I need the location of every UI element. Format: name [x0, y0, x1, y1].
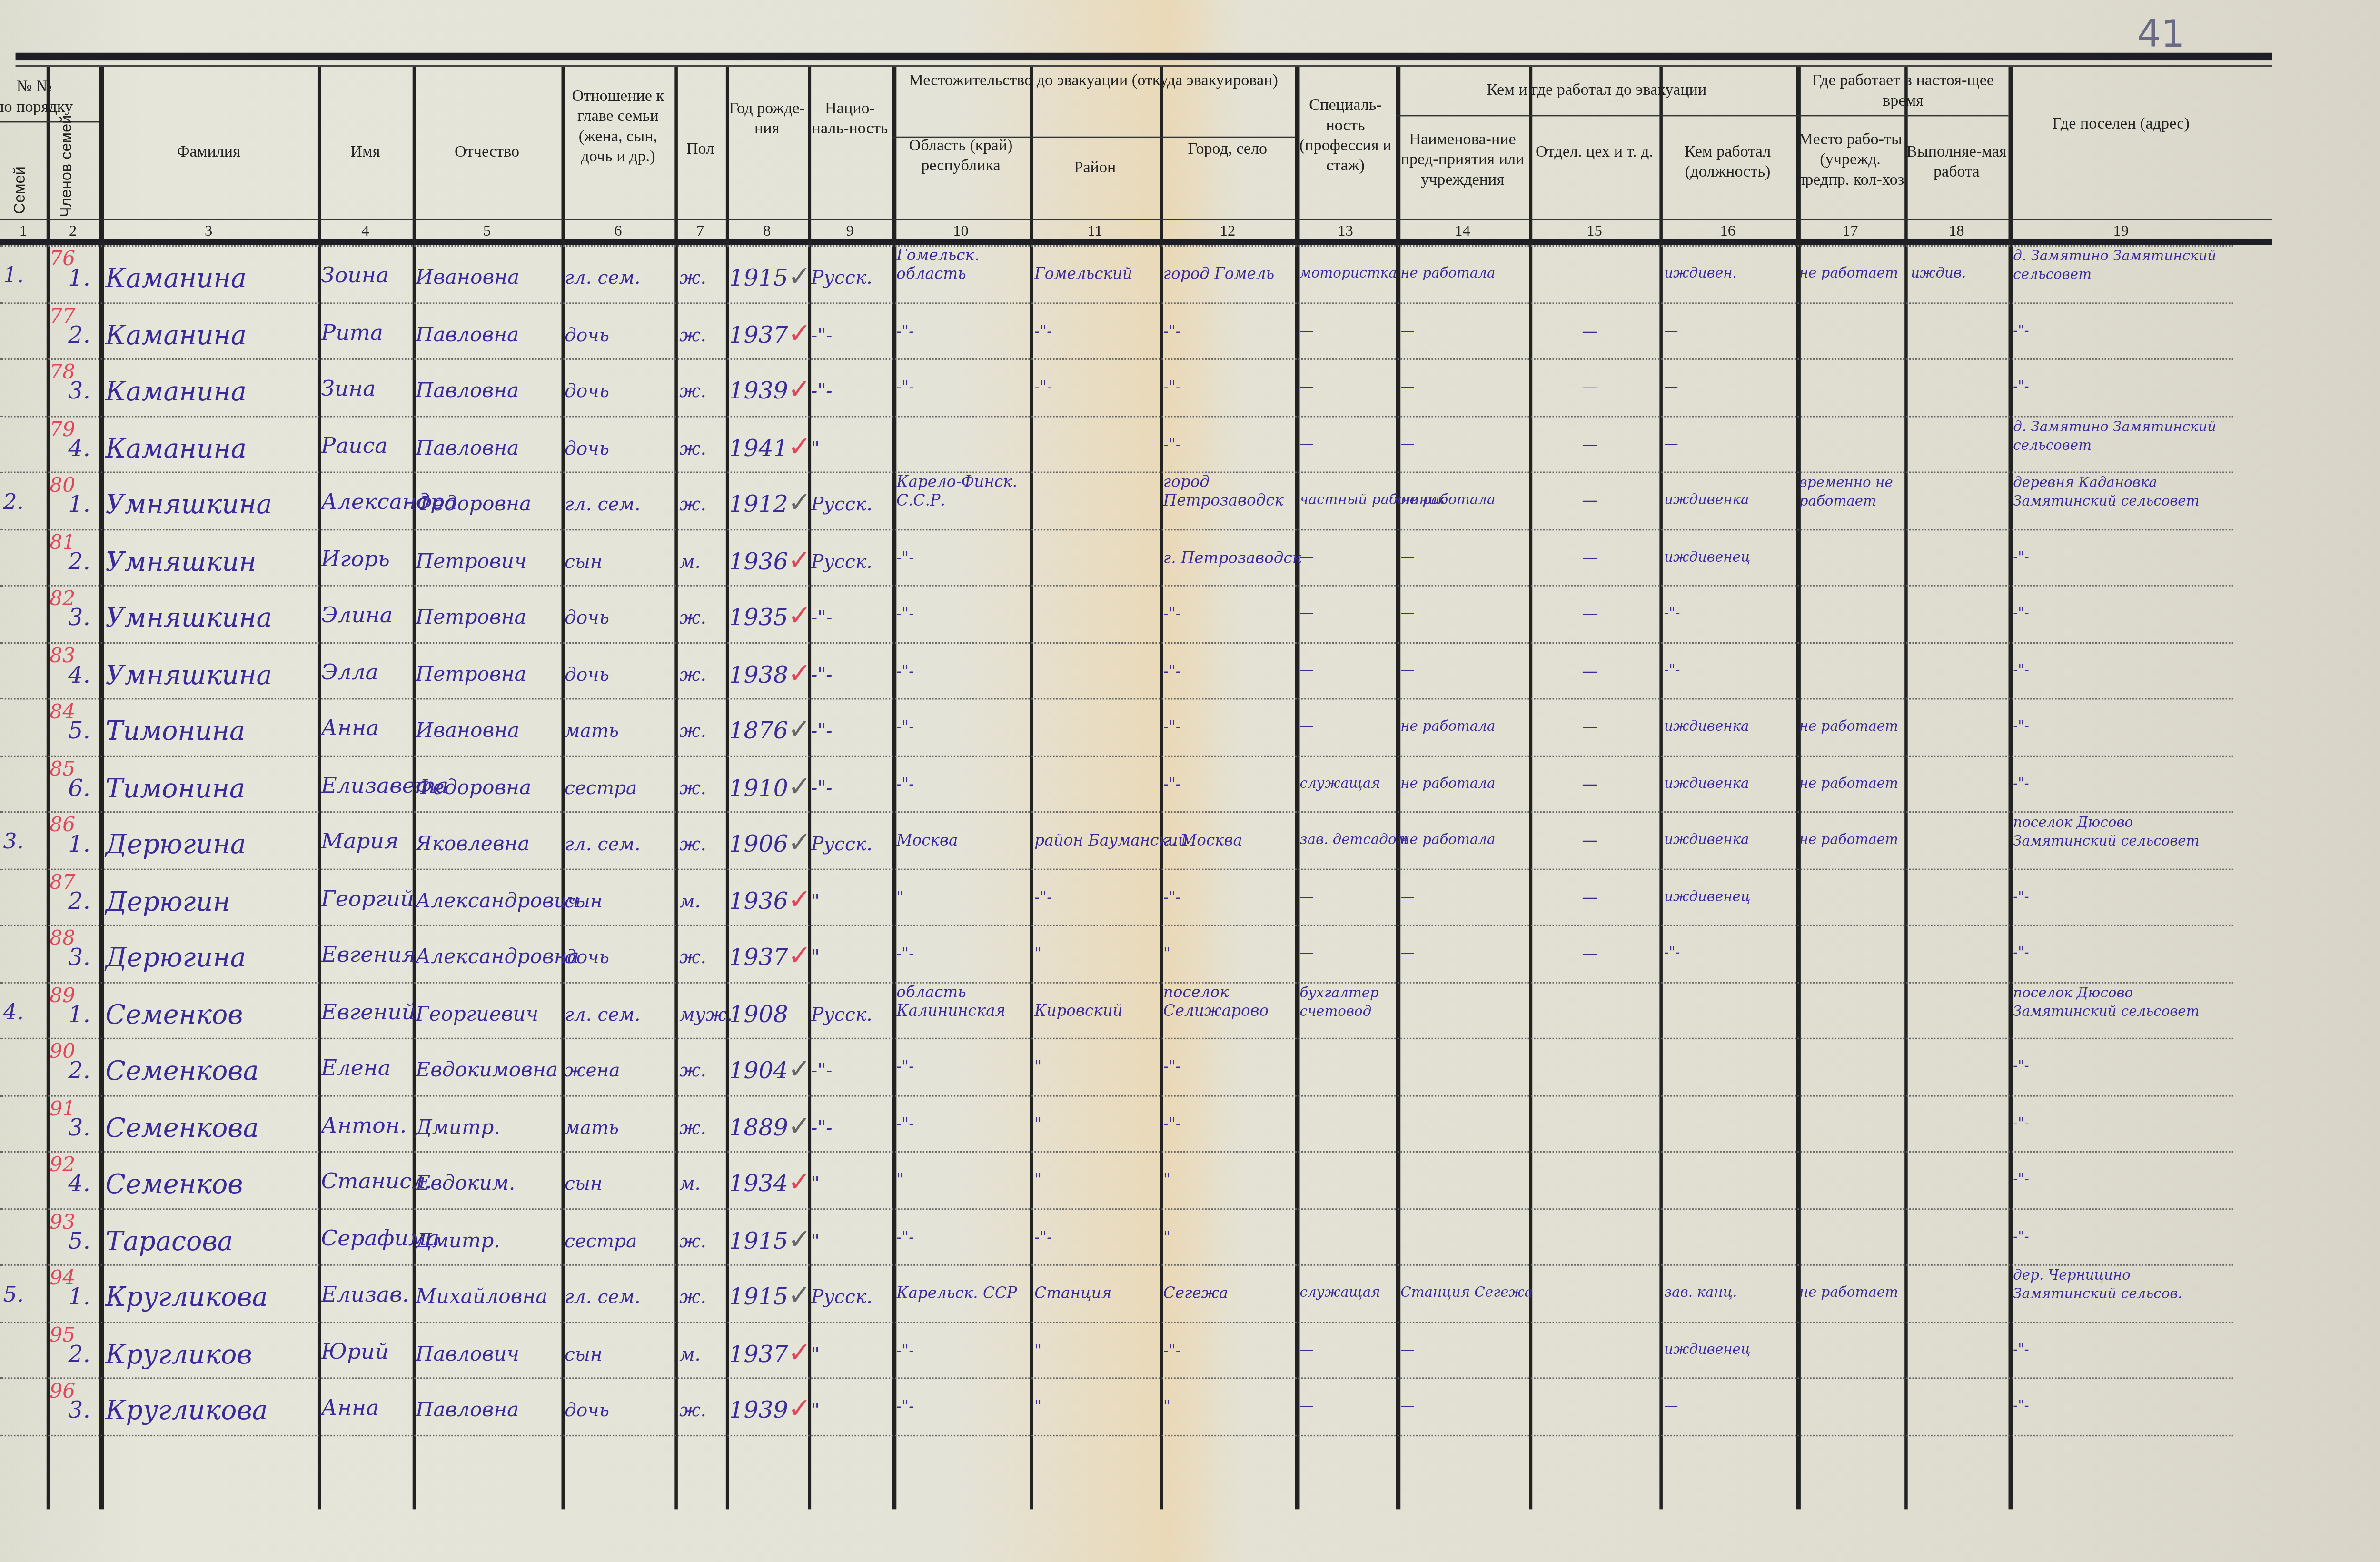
first-name: Анна	[321, 716, 379, 741]
check-mark-icon: ✓	[788, 1393, 811, 1425]
district: "	[1034, 1116, 1041, 1133]
column-number: 9	[808, 223, 892, 240]
patronymic: Павловна	[416, 323, 519, 347]
family-number: 1.	[3, 264, 24, 289]
nationality: -"-	[811, 776, 832, 798]
region: Карело-Финск. С.С.Р.	[896, 475, 1030, 512]
check-mark-icon: ✓	[788, 884, 811, 916]
first-name: Елизав.	[321, 1283, 409, 1308]
settled-address: -"-	[2013, 607, 2029, 622]
header-district: Район	[1030, 158, 1160, 178]
check-mark-icon: ✓	[788, 940, 811, 973]
city: -"-	[1163, 437, 1181, 454]
relation: мать	[565, 1116, 619, 1138]
first-name: Игорь	[321, 547, 389, 572]
city: город Петрозаводск	[1163, 475, 1297, 512]
settled-address: поселок Дюсово Замятинский сельсовет	[2013, 984, 2233, 1021]
relation: сестра	[565, 776, 637, 798]
header-order-numbers: № № по порядку	[0, 78, 99, 118]
city: г. Петрозаводск	[1163, 550, 1301, 567]
enterprise: не работала	[1400, 833, 1495, 849]
member-number: 5.	[68, 1226, 90, 1254]
patronymic: Евдокимовна	[416, 1059, 558, 1083]
member-number: 2.	[68, 886, 90, 915]
check-mark-icon: ✓	[788, 1280, 811, 1312]
header-sex: Пол	[674, 139, 726, 159]
region: -"-	[896, 776, 914, 794]
department: —	[1582, 833, 1597, 850]
patronymic: Ивановна	[416, 720, 519, 743]
position: -"-	[1664, 663, 1680, 679]
department: —	[1582, 323, 1597, 340]
birth-year: 1935	[729, 603, 788, 631]
header-col1: Семей	[12, 166, 30, 214]
check-mark-icon: ✓	[788, 827, 811, 859]
enterprise: —	[1400, 550, 1414, 566]
relation: гл. сем.	[565, 493, 640, 515]
nationality: -"-	[811, 663, 832, 685]
column-number: 1	[0, 223, 47, 240]
first-name: Рита	[321, 320, 383, 345]
column-number: 16	[1659, 223, 1796, 240]
enterprise: —	[1400, 890, 1414, 905]
enterprise: —	[1400, 323, 1414, 339]
birth-year: 1937	[729, 1340, 788, 1368]
top-rule	[16, 53, 2272, 60]
region: -"-	[896, 1116, 914, 1133]
nationality: -"-	[811, 1059, 832, 1081]
relation: жена	[565, 1059, 620, 1081]
relation: сын	[565, 550, 603, 572]
header-enterprise: Наименова-ние пред-приятия или учреждени…	[1396, 130, 1529, 191]
department: —	[1582, 380, 1597, 397]
member-number: 4.	[68, 434, 90, 462]
nationality: -"-	[811, 323, 832, 345]
first-name: Зина	[321, 377, 376, 402]
district: "	[1034, 946, 1041, 964]
first-name: Евгений	[321, 1000, 416, 1025]
region: -"-	[896, 663, 914, 680]
first-name: Евгения	[321, 943, 416, 968]
region: Москва	[896, 833, 958, 850]
workplace: не работает	[1799, 267, 1898, 282]
enterprise: не работала	[1400, 493, 1495, 509]
city: поселок Селижарово	[1163, 984, 1297, 1021]
specialty: —	[1299, 323, 1313, 339]
settled-address: дер. Черницино Замятинский сельсов.	[2013, 1267, 2233, 1304]
header-number-rule	[0, 219, 2272, 220]
sex: ж.	[679, 720, 706, 742]
member-number: 4.	[68, 1170, 90, 1198]
relation: гл. сем.	[565, 1003, 640, 1025]
specialty: —	[1299, 663, 1313, 679]
first-name: Елена	[321, 1056, 391, 1081]
member-number: 2.	[68, 1340, 90, 1368]
department: —	[1582, 720, 1597, 737]
check-mark-icon: ✓	[788, 430, 811, 463]
table-row: 834.УмняшкинаЭллаПетровнадочьж.1938-"--"…	[0, 641, 2233, 698]
position: иждивенец	[1664, 1343, 1750, 1358]
birth-year: 1915	[729, 1283, 788, 1311]
surname: Дерюгин	[106, 886, 230, 917]
family-number: 4.	[3, 1000, 24, 1025]
settled-address: поселок Дюсово Замятинский сельсовет	[2013, 815, 2233, 852]
nationality: "	[811, 946, 820, 968]
column-number: 4	[318, 223, 413, 240]
relation: сын	[565, 890, 603, 912]
birth-year: 1936	[729, 547, 788, 575]
sex: м.	[679, 1343, 701, 1364]
specialty: бухгалтер счетовод	[1299, 984, 1433, 1021]
city: "	[1163, 946, 1170, 964]
enterprise: не работала	[1400, 776, 1495, 792]
region: область Калининская	[896, 984, 1030, 1021]
settled-address: -"-	[2013, 1059, 2029, 1075]
birth-year: 1906	[729, 830, 788, 858]
table-row: 802.1.УмняшкинаАлександраФедоровнагл. се…	[0, 472, 2233, 528]
region: "	[896, 890, 903, 907]
relation: дочь	[565, 663, 609, 685]
patronymic: Петровна	[416, 663, 526, 686]
department: —	[1582, 607, 1597, 624]
surname: Умняшкина	[106, 603, 272, 634]
nationality: -"-	[811, 380, 832, 402]
header-col2: Членов семей	[59, 115, 76, 217]
region: -"-	[896, 1059, 914, 1076]
check-mark-icon: ✓	[788, 260, 811, 293]
surname: Семенков	[106, 1170, 243, 1201]
nationality: -"-	[811, 607, 832, 628]
nationality: "	[811, 1399, 820, 1421]
settled-address: -"-	[2013, 1399, 2029, 1415]
check-mark-icon: ✓	[788, 544, 811, 576]
sex: ж.	[679, 1229, 706, 1251]
birth-year: 1915	[729, 264, 788, 292]
city: Сегежа	[1163, 1286, 1228, 1303]
enterprise: —	[1400, 437, 1414, 452]
sex: муж.	[679, 1003, 733, 1025]
column-number: 18	[1904, 223, 2008, 240]
surname: Тимонина	[106, 773, 246, 804]
member-number: 3.	[68, 1396, 90, 1424]
region: -"-	[896, 720, 914, 737]
header-settled-address: Где поселен (адрес)	[2008, 115, 2233, 135]
enterprise: —	[1400, 1399, 1414, 1415]
relation: мать	[565, 720, 619, 742]
specialty: служащая	[1299, 776, 1380, 792]
header-birth-year: Год рожде-ния	[726, 99, 808, 140]
table-row: 772.КаманинаРитаПавловнадочьж.1937-"--"-…	[0, 302, 2233, 358]
member-number: 1.	[68, 1283, 90, 1311]
specialty: служащая	[1299, 1286, 1380, 1302]
check-mark-icon: ✓	[788, 714, 811, 746]
page-number: 41	[2137, 12, 2185, 56]
nationality: Русск.	[811, 1286, 873, 1308]
surname: Каманина	[106, 434, 247, 465]
patronymic: Павловна	[416, 1399, 519, 1423]
relation: сын	[565, 1343, 603, 1364]
enterprise: —	[1400, 1343, 1414, 1358]
header-relation: Отношение к главе семьи (жена, сын, дочь…	[562, 87, 675, 167]
surname: Умняшкина	[106, 660, 272, 691]
settled-address: -"-	[2013, 1229, 2029, 1245]
table-row: 945.1.КругликоваЕлизав.Михайловнагл. сем…	[0, 1264, 2233, 1321]
header-workplace: Место рабо-ты (учрежд. предпр. кол-хоз	[1796, 130, 1904, 191]
patronymic: Федоровна	[416, 776, 531, 800]
sex: ж.	[679, 663, 706, 685]
district: "	[1034, 1173, 1041, 1190]
column-number: 13	[1295, 223, 1396, 240]
specialty: зав. детсадом	[1299, 833, 1408, 849]
table-row: 894.1.СеменковЕвгенийГеоргиевичгл. сем.м…	[0, 981, 2233, 1038]
birth-year: 1915	[729, 1226, 788, 1254]
member-number: 3.	[68, 943, 90, 971]
nationality: Русск.	[811, 833, 873, 855]
workplace: временно не работает	[1799, 475, 1933, 512]
enterprise: не работала	[1400, 267, 1495, 282]
position: —	[1664, 323, 1678, 339]
nationality: "	[811, 437, 820, 458]
specialty: —	[1299, 946, 1313, 962]
column-number: 8	[726, 223, 808, 240]
city: -"-	[1163, 663, 1181, 680]
enterprise: —	[1400, 607, 1414, 622]
sex: ж.	[679, 946, 706, 968]
nationality: "	[811, 1343, 820, 1364]
header-group-rule	[1396, 115, 1796, 116]
department: —	[1582, 776, 1597, 794]
check-mark-icon: ✓	[788, 657, 811, 689]
column-number: 15	[1529, 223, 1660, 240]
relation: гл. сем.	[565, 267, 640, 289]
table-row: 902.СеменковаЕленаЕвдокимовнаженаж.1904-…	[0, 1038, 2233, 1094]
surname: Кругликова	[106, 1283, 268, 1314]
sex: ж.	[679, 1059, 706, 1081]
position: —	[1664, 1399, 1678, 1415]
table-row: 963.КругликоваАннаПавловнадочьж.1939"-"-…	[0, 1377, 2233, 1434]
settled-address: -"-	[2013, 550, 2029, 566]
member-number: 3.	[68, 377, 90, 405]
settled-address: -"-	[2013, 663, 2029, 679]
header-position: Кем работал (должность)	[1659, 143, 1796, 183]
column-number: 19	[2008, 223, 2233, 240]
patronymic: Евдоким.	[416, 1173, 515, 1196]
department: —	[1582, 493, 1597, 510]
workplace: не работает	[1799, 1286, 1898, 1302]
city: -"-	[1163, 776, 1181, 794]
district: Станция	[1034, 1286, 1111, 1303]
table-row: 845.ТимонинаАннаИвановнаматьж.1876-"--"-…	[0, 698, 2233, 755]
top-rule-thin	[16, 65, 2272, 67]
region: -"-	[896, 1343, 914, 1360]
sex: ж.	[679, 833, 706, 855]
settled-address: -"-	[2013, 1343, 2029, 1358]
settled-address: -"-	[2013, 1116, 2029, 1132]
enterprise: не работала	[1400, 720, 1495, 736]
settled-address: -"-	[2013, 946, 2029, 962]
surname: Семенкова	[106, 1113, 259, 1144]
position: —	[1664, 380, 1678, 396]
column-number: 6	[562, 223, 675, 240]
department: —	[1582, 890, 1597, 907]
check-mark-icon: ✓	[788, 600, 811, 633]
sex: ж.	[679, 437, 706, 458]
settled-address: -"-	[2013, 890, 2029, 905]
city: -"-	[1163, 380, 1181, 397]
header-group-rule	[0, 121, 99, 122]
position: —	[1664, 437, 1678, 452]
member-number: 2.	[68, 547, 90, 575]
patronymic: Михайловна	[416, 1286, 547, 1309]
enterprise: —	[1400, 663, 1414, 679]
region: -"-	[896, 946, 914, 964]
region: -"-	[896, 550, 914, 567]
table-row: 913.СеменковаАнтон.Дмитр.матьж.1889-"--"…	[0, 1094, 2233, 1151]
region: -"-	[896, 380, 914, 397]
district: "	[1034, 1059, 1041, 1076]
position: иждивенка	[1664, 493, 1749, 509]
first-name: Юрий	[321, 1340, 388, 1364]
city: -"-	[1163, 720, 1181, 737]
department: —	[1582, 663, 1597, 680]
city: -"-	[1163, 323, 1181, 340]
column-number: 2	[47, 223, 99, 240]
city: "	[1163, 1173, 1170, 1190]
region: -"-	[896, 323, 914, 340]
city: -"-	[1163, 1059, 1181, 1076]
district: -"-	[1034, 380, 1052, 397]
nationality: Русск.	[811, 550, 873, 572]
city: -"-	[1163, 1343, 1181, 1360]
header-surname: Фамилия	[99, 143, 318, 163]
header-work-now-group: Где работает в настоя-щее время	[1799, 71, 2007, 112]
nationality: Русск.	[811, 267, 873, 289]
check-mark-icon: ✓	[788, 317, 811, 349]
column-number: 14	[1396, 223, 1529, 240]
nationality: -"-	[811, 720, 832, 742]
sex: ж.	[679, 380, 706, 402]
member-number: 3.	[68, 1113, 90, 1141]
first-name: Георгий	[321, 886, 414, 911]
table-row: 952.КругликовЮрийПавловичсынм.1937"-"-"-…	[0, 1321, 2233, 1377]
surname: Дерюгина	[106, 943, 246, 974]
enterprise: —	[1400, 380, 1414, 396]
header-department: Отдел. цех и т. д.	[1529, 143, 1660, 163]
settled-address: деревня Кадановка Замятинский сельсовет	[2013, 475, 2233, 512]
table-row: 823.УмняшкинаЭлинаПетровнадочьж.1935-"--…	[0, 585, 2233, 641]
column-number: 11	[1030, 223, 1160, 240]
table-row: 935.ТарасоваСерафимаДмитр.сестраж.1915"-…	[0, 1208, 2233, 1264]
district: "	[1034, 1343, 1041, 1360]
patronymic: Яковлевна	[416, 833, 530, 856]
district: Кировский	[1034, 1003, 1122, 1020]
settled-address: д. Замятино Замятинский сельсовет	[2013, 418, 2233, 455]
patronymic: Петрович	[416, 550, 526, 573]
birth-year: 1941	[729, 434, 788, 462]
birth-year: 1937	[729, 320, 788, 348]
settled-address: -"-	[2013, 776, 2029, 792]
member-number: 2.	[68, 1056, 90, 1084]
document-stage: 41 № № по порядкуФамилияИмяОтчествоОтнош…	[0, 0, 2380, 1562]
member-number: 1.	[68, 830, 90, 858]
city: -"-	[1163, 607, 1181, 624]
specialty: —	[1299, 1399, 1313, 1415]
relation: сын	[565, 1173, 603, 1194]
patronymic: Павловна	[416, 437, 519, 460]
check-mark-icon: ✓	[788, 1223, 811, 1255]
surname: Тарасова	[106, 1226, 233, 1257]
workplace: не работает	[1799, 720, 1898, 736]
nationality: -"-	[811, 1116, 832, 1138]
district: Гомельский	[1034, 267, 1132, 284]
header-region: Область (край) республика	[892, 137, 1030, 177]
birth-year: 1937	[729, 943, 788, 971]
birth-year: 1934	[729, 1170, 788, 1198]
settled-address: -"-	[2013, 380, 2029, 396]
birth-year: 1938	[729, 660, 788, 688]
sex: ж.	[679, 1399, 706, 1421]
birth-year: 1908	[729, 1000, 788, 1028]
family-number: 5.	[3, 1283, 24, 1308]
sex: м.	[679, 890, 701, 912]
region: Карельск. ССР	[896, 1286, 1017, 1303]
sex: ж.	[679, 493, 706, 515]
birth-year: 1939	[729, 377, 788, 405]
member-number: 1.	[68, 490, 90, 518]
first-name: Раиса	[321, 434, 387, 458]
department: —	[1582, 946, 1597, 964]
member-number: 4.	[68, 660, 90, 688]
check-mark-icon: ✓	[788, 770, 811, 803]
birth-year: 1910	[729, 773, 788, 801]
check-mark-icon: ✓	[788, 1336, 811, 1369]
table-row: 883.ДерюгинаЕвгенияАлександровнадочьж.19…	[0, 925, 2233, 981]
table-row: 794.КаманинаРаисаПавловнадочьж.1941"-"-—…	[0, 415, 2233, 472]
first-name: Зоина	[321, 264, 389, 289]
surname: Умняшкин	[106, 547, 257, 578]
settled-address: -"-	[2013, 720, 2029, 736]
table-row: 924.СеменковСтанисл.Евдоким.сынм.1934"""…	[0, 1151, 2233, 1208]
city: г. Москва	[1163, 833, 1242, 850]
nationality: "	[811, 1173, 820, 1194]
surname: Кругликов	[106, 1340, 252, 1371]
header-job: Выполняе-мая работа	[1904, 143, 2008, 183]
surname: Каманина	[106, 264, 247, 295]
patronymic: Георгиевич	[416, 1003, 538, 1026]
birth-year: 1939	[729, 1396, 788, 1424]
table-row: 761.1.КаманинаЗоинаИвановнагл. сем.ж.191…	[0, 245, 2233, 302]
check-mark-icon: ✓	[788, 487, 811, 519]
relation: дочь	[565, 607, 609, 628]
birth-year: 1889	[729, 1113, 788, 1141]
specialty: —	[1299, 1343, 1313, 1358]
relation: дочь	[565, 946, 609, 968]
specialty: —	[1299, 550, 1313, 566]
birth-year: 1904	[729, 1056, 788, 1084]
surname: Кругликова	[106, 1396, 268, 1427]
settled-address: -"-	[2013, 323, 2029, 339]
enterprise: Станция Сегежа	[1400, 1286, 1533, 1302]
first-name: Элина	[321, 603, 393, 628]
position: иждивенка	[1664, 776, 1749, 792]
specialty: —	[1299, 720, 1313, 736]
city: "	[1163, 1229, 1170, 1246]
column-number: 10	[892, 223, 1030, 240]
job: иждив.	[1911, 267, 1966, 282]
row-divider	[0, 1434, 2233, 1437]
position: иждивенка	[1664, 833, 1749, 849]
surname: Каманина	[106, 377, 247, 408]
